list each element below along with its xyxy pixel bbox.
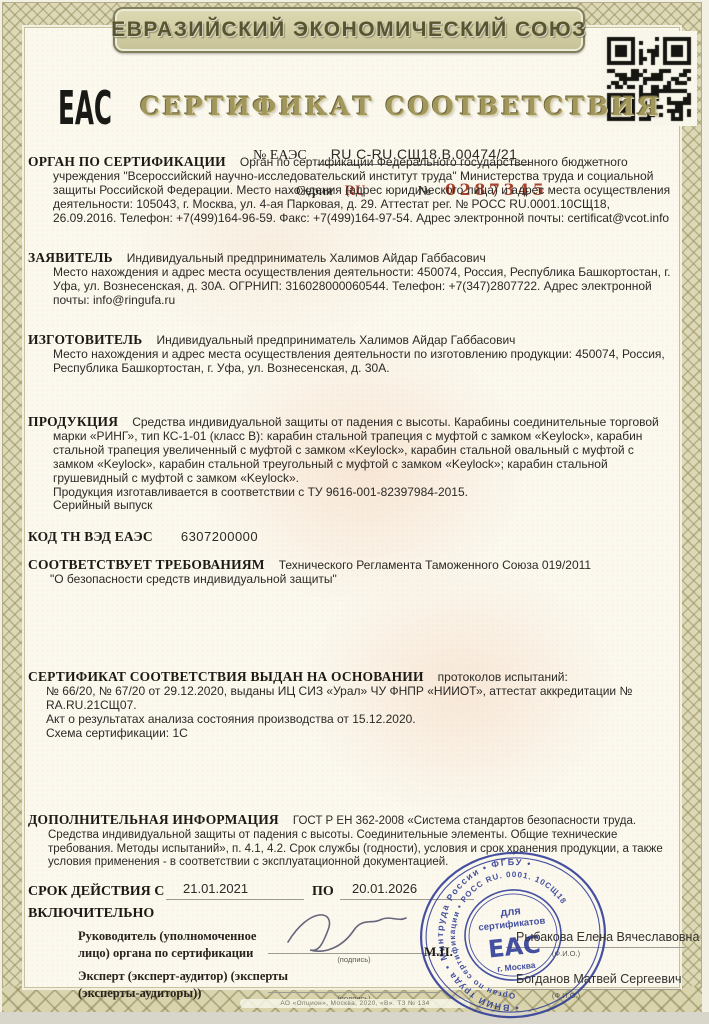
section-text: Средства индивидуальной защиты от падени… bbox=[53, 415, 659, 485]
union-name-text: ЕВРАЗИЙСКИЙ ЭКОНОМИЧЕСКИЙ СОЮЗ bbox=[111, 18, 587, 42]
section-certification-body: ОРГАН ПО СЕРТИФИКАЦИИОрган по сертификац… bbox=[28, 154, 671, 226]
expert-signatory-name: Богданов Матвей Сергеевич bbox=[516, 972, 682, 986]
section-requirements: СООТВЕТСТВУЕТ ТРЕБОВАНИЯМТехнического Ре… bbox=[28, 557, 668, 587]
scan-edge bbox=[0, 1012, 709, 1024]
tnved-code-value: 6307200000 bbox=[181, 529, 258, 544]
production-serial-line: Серийный выпуск bbox=[53, 499, 671, 513]
section-label: ДОПОЛНИТЕЛЬНАЯ ИНФОРМАЦИЯ bbox=[28, 812, 279, 827]
section-label: ИЗГОТОВИТЕЛЬ bbox=[28, 332, 142, 347]
validity-to-label: ПО bbox=[312, 884, 334, 900]
basis-intro: протоколов испытаний: bbox=[438, 670, 568, 684]
section-issue-basis: СЕРТИФИКАТ СООТВЕТСТВИЯ ВЫДАН НА ОСНОВАН… bbox=[28, 669, 664, 741]
validity-from-date: 21.01.2021 bbox=[183, 881, 248, 896]
eac-mark-letters: ЕАС bbox=[58, 81, 112, 132]
requirements-regulation-title: "О безопасности средств индивидуальной з… bbox=[50, 573, 668, 587]
manufacturer-name: Индивидуальный предприниматель Халимов А… bbox=[156, 333, 515, 347]
head-signatory-label: Руководитель (уполномоченное лицо) орган… bbox=[78, 928, 276, 961]
production-tu-line: Продукция изготавливается в соответствии… bbox=[53, 486, 671, 500]
section-label: ОРГАН ПО СЕРТИФИКАЦИИ bbox=[28, 154, 226, 169]
section-label: СООТВЕТСТВУЕТ ТРЕБОВАНИЯМ bbox=[28, 557, 265, 572]
basis-analysis-act: Акт о результатах анализа состояния прои… bbox=[46, 713, 664, 727]
union-name-banner: ЕВРАЗИЙСКИЙ ЭКОНОМИЧЕСКИЙ СОЮЗ bbox=[113, 7, 585, 53]
validity-to-date: 20.01.2026 bbox=[352, 881, 417, 896]
section-label: ПРОДУКЦИЯ bbox=[28, 414, 118, 429]
section-tnved-code: КОД ТН ВЭД ЕАЭС6307200000 bbox=[28, 529, 646, 545]
head-signatory-name: Рыбакова Елена Вячеславовна bbox=[516, 930, 699, 944]
basis-protocols: № 66/20, № 67/20 от 29.12.2020, выданы И… bbox=[46, 685, 664, 713]
expert-signature-line bbox=[268, 992, 440, 993]
validity-inclusive-label: ВКЛЮЧИТЕЛЬНО bbox=[28, 906, 154, 922]
expert-signatory-label: Эксперт (эксперт-аудитор) (эксперты (экс… bbox=[78, 968, 294, 1001]
section-text: Место нахождения и адрес места осуществл… bbox=[53, 347, 665, 375]
section-label: КОД ТН ВЭД ЕАЭС bbox=[28, 529, 153, 544]
requirements-regulation: Технического Регламента Таможенного Союз… bbox=[279, 558, 591, 572]
section-production: ПРОДУКЦИЯСредства индивидуальной защиты … bbox=[28, 414, 671, 513]
section-label: ЗАЯВИТЕЛЬ bbox=[28, 250, 113, 265]
section-label: СЕРТИФИКАТ СООТВЕТСТВИЯ ВЫДАН НА ОСНОВАН… bbox=[28, 669, 424, 684]
stamp-center-line1: для bbox=[500, 905, 522, 919]
validity-from-label: СРОК ДЕЙСТВИЯ С bbox=[28, 884, 164, 900]
certificate-page: ЕВРАЗИЙСКИЙ ЭКОНОМИЧЕСКИЙ СОЮЗ ЕАС СЕРТИ… bbox=[0, 0, 709, 1024]
document-title: СЕРТИФИКАТ СООТВЕТСТВИЯ bbox=[140, 92, 600, 121]
basis-scheme: Схема сертификации: 1С bbox=[46, 727, 664, 741]
section-manufacturer: ИЗГОТОВИТЕЛЬИндивидуальный предпринимате… bbox=[28, 332, 671, 376]
section-applicant: ЗАЯВИТЕЛЬИндивидуальный предприниматель … bbox=[28, 250, 671, 308]
eac-conformity-mark-icon: ЕАС bbox=[56, 80, 114, 132]
stamp-place-label: М.П. bbox=[424, 944, 453, 960]
handwritten-signature bbox=[280, 900, 410, 958]
applicant-name: Индивидуальный предприниматель Халимов А… bbox=[127, 251, 486, 265]
section-text: Место нахождения и адрес места осуществл… bbox=[53, 265, 671, 307]
